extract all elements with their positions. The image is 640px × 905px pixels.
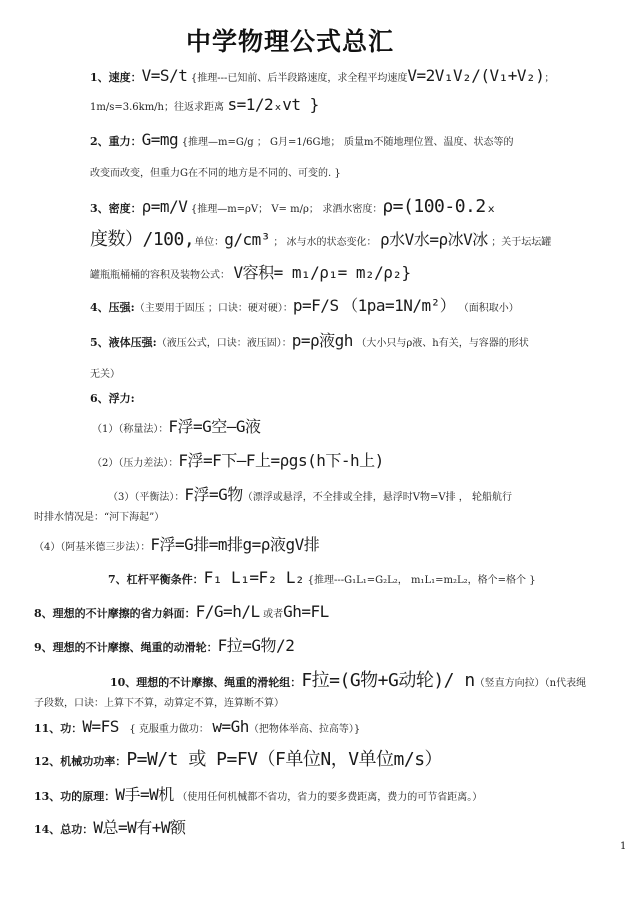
item-7: 7、杠杆平衡条件：F₁ L₁=F₂ L₂ {推理---G₁L₁=G₂L₂， m₁… — [108, 569, 536, 590]
formula: P=W/t 或 P=FV（F单位N，V单位m/s） — [126, 749, 442, 770]
note: （面积取小） — [459, 303, 519, 314]
item-5-line-2: 无关） — [90, 365, 120, 384]
note: {推理—m=G/g ； G月=1/6G地； — [182, 137, 341, 148]
note: （大小只与ρ液、h有关，与容器的形状 — [356, 338, 528, 349]
note: 时排水情况是：“河下海起”） — [34, 512, 164, 523]
item-4: 4、压强:（主要用于固压 ；口诀：硬对硬）：p=F/S （1pa=1N/m²） … — [90, 297, 519, 318]
formula: ρ=(100-0.2ₓ — [382, 196, 496, 217]
buoyancy-method-2: （2）（压力差法）：F浮=F下—F上=ρgs(h下-h上) — [92, 452, 384, 473]
formula: W手=W机 — [115, 785, 173, 804]
note: （把物体举高、拉高等）} — [249, 724, 360, 735]
item-14: 14、总功：W总=W有+W额 — [34, 819, 185, 839]
unit-label: 单位： — [194, 237, 224, 248]
note: （使用任何机械都不省功，省力的要多费距离，费力的可节省距离。） — [177, 792, 482, 803]
note: ； 冰与水的状态变化： — [273, 237, 376, 248]
punct: ； — [544, 73, 554, 84]
note: 或者 — [263, 609, 283, 620]
note: {推理—m=ρV； V= m/ρ； — [191, 204, 319, 215]
method-label: （1）（称量法）： — [92, 424, 168, 435]
unit: g/cm³ — [224, 230, 270, 249]
method-label: （3）（平衡法）： — [108, 492, 184, 503]
formula: G=mg — [142, 130, 179, 149]
note: 质量m不随地理位置、温度、状态等的 — [344, 137, 513, 148]
item-3: 3、密度：ρ=m/V {推理—m=ρV； V= m/ρ； 求酒水密度：ρ=(10… — [90, 198, 496, 219]
formula: ρ水V水=ρ冰V冰 — [380, 230, 488, 249]
item-label: 6、浮力: — [90, 392, 135, 405]
item-label: 11、功： — [34, 722, 82, 735]
note: （竖直方向拉）（n代表绳 — [475, 678, 586, 689]
document-page: 中学物理公式总汇 1、速度：V=S/t {推理---已知前、后半段路速度，求全程… — [0, 0, 640, 905]
note: 无关） — [90, 369, 120, 380]
item-1: 1、速度：V=S/t {推理---已知前、后半段路速度，求全程平均速度V=2V₁… — [90, 67, 554, 88]
page-number: 1 — [620, 841, 626, 852]
item-label: 10、理想的不计摩擦、绳重的滑轮组： — [110, 676, 301, 689]
item-5: 5、液体压强:（液压公式，口诀：液压固）：p=ρ液gh （大小只与ρ液、h有关，… — [90, 332, 529, 353]
formula: p=ρ液gh — [292, 331, 353, 350]
item-label: 9、理想的不计摩擦、绳重的动滑轮： — [34, 641, 218, 654]
note: ；关于坛坛罐 — [491, 237, 551, 248]
formula: 度数）/100, — [90, 229, 194, 250]
item-label: 12、机械功功率： — [34, 755, 126, 768]
formula: Gh=FL — [283, 602, 329, 621]
item-label: 1、速度： — [90, 71, 142, 84]
formula: F拉=(G物+G动轮)/ n — [301, 670, 474, 691]
method-label: （4）（阿基米德三步法）： — [34, 542, 150, 553]
item-10: 10、理想的不计摩擦、绳重的滑轮组：F拉=(G物+G动轮)/ n（竖直方向拉）（… — [110, 672, 586, 693]
item-11: 11、功：W=FS { 克服重力做功： w=Gh（把物体举高、拉高等）} — [34, 718, 360, 739]
item-label: 8、理想的不计摩擦的省力斜面： — [34, 607, 196, 620]
item-label: 4、压强: — [90, 301, 135, 314]
item-label: 13、功的原理： — [34, 790, 115, 803]
note: 1m/s=3.6km/h；往返求距离 — [90, 102, 224, 113]
formula: F浮=G物 — [184, 485, 242, 504]
item-label: 7、杠杆平衡条件： — [108, 573, 204, 586]
note: 求酒水密度： — [322, 204, 382, 215]
buoyancy-method-3: （3）（平衡法）：F浮=G物（漂浮或悬浮，不全排或全排，悬浮时V物=V排 ， 轮… — [108, 486, 512, 507]
item-label: 14、总功： — [34, 823, 93, 836]
buoyancy-method-3-line-2: 时排水情况是：“河下海起”） — [34, 508, 164, 527]
method-label: （2）（压力差法）： — [92, 458, 178, 469]
formula: w=Gh — [212, 717, 249, 736]
note: （液压公式，口诀：液压固）： — [157, 338, 292, 349]
formula: V=2V₁V₂/(V₁+V₂) — [407, 66, 544, 85]
item-label: 2、重力： — [90, 135, 142, 148]
formula: V=S/t — [142, 66, 188, 85]
item-2: 2、重力：G=mg {推理—m=G/g ； G月=1/6G地； 质量m不随地理位… — [90, 131, 513, 152]
formula: W=FS — [82, 717, 119, 736]
formula: F浮=G空—G液 — [168, 417, 260, 436]
item-6: 6、浮力: — [90, 390, 135, 408]
formula: W总=W有+W额 — [93, 818, 185, 837]
item-3-line-2: 度数）/100,单位：g/cm³ ； 冰与水的状态变化： ρ水V水=ρ冰V冰 ；… — [90, 231, 551, 252]
item-8: 8、理想的不计摩擦的省力斜面：F/G=h/L 或者Gh=FL — [34, 603, 329, 624]
item-3-line-3: 罐瓶瓶桶桶的容积及装物公式： V容积= m₁/ρ₁= m₂/ρ₂} — [90, 264, 411, 285]
note: 罐瓶瓶桶桶的容积及装物公式： — [90, 270, 230, 281]
formula: F浮=F下—F上=ρgs(h下-h上) — [178, 451, 383, 470]
note: （主要用于固压 ；口诀：硬对硬）： — [135, 303, 293, 314]
item-13: 13、功的原理：W手=W机 （使用任何机械都不省功，省力的要多费距离，费力的可节… — [34, 786, 482, 807]
item-label: 3、密度： — [90, 202, 142, 215]
item-9: 9、理想的不计摩擦、绳重的动滑轮：F拉=G物/2 — [34, 637, 294, 657]
item-2-line-2: 改变而改变，但重力G在不同的地方是不同的、可变的. } — [90, 164, 341, 183]
formula: ρ=m/V — [142, 197, 188, 216]
buoyancy-method-4: （4）（阿基米德三步法）：F浮=G排=m排g=ρ液gV排 — [34, 536, 319, 557]
formula: F/G=h/L — [196, 602, 260, 621]
note: （漂浮或悬浮，不全排或全排，悬浮时V物=V排 ， 轮船航行 — [243, 492, 512, 503]
item-12: 12、机械功功率：P=W/t 或 P=FV（F单位N，V单位m/s） — [34, 751, 442, 771]
buoyancy-method-1: （1）（称量法）：F浮=G空—G液 — [92, 418, 261, 439]
item-label: 5、液体压强: — [90, 336, 157, 349]
formula: F₁ L₁=F₂ L₂ — [204, 568, 304, 587]
item-1-line-2: 1m/s=3.6km/h；往返求距离 s=1/2ₓvt } — [90, 96, 319, 117]
formula: F浮=G排=m排g=ρ液gV排 — [150, 535, 319, 554]
formula: s=1/2ₓvt } — [227, 95, 318, 114]
note: 改变而改变，但重力G在不同的地方是不同的、可变的. } — [90, 168, 341, 179]
formula: （1pa=1N/m²） — [342, 296, 455, 315]
note: 子段数，口诀：上算下不算，动算定不算，连算断不算） — [34, 698, 284, 709]
page-title: 中学物理公式总汇 — [186, 22, 394, 58]
note: {推理---G₁L₁=G₂L₂， m₁L₁=m₂L₂，格个=格个 } — [308, 575, 536, 586]
note: { 克服重力做功： — [129, 724, 209, 735]
item-10-line-2: 子段数，口诀：上算下不算，动算定不算，连算断不算） — [34, 694, 284, 713]
formula: V容积= m₁/ρ₁= m₂/ρ₂} — [234, 263, 411, 282]
formula: F拉=G物/2 — [218, 636, 295, 655]
formula: p=F/S — [293, 296, 339, 315]
note: {推理---已知前、后半段路速度，求全程平均速度 — [191, 73, 408, 84]
